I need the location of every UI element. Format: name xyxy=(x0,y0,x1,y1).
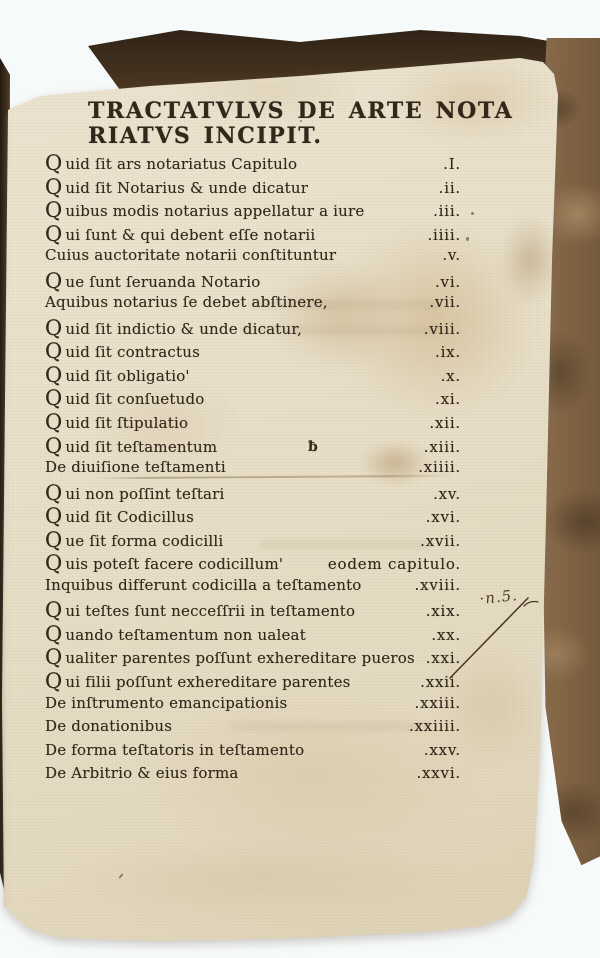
toc-entry: Quid ſit indictio & unde dicatur, .viii. xyxy=(45,317,461,341)
ink-speck xyxy=(471,212,474,215)
toc-entry-ref: .vii. xyxy=(421,293,461,311)
toc-entry: Quid ſit Codicillus .xvi. xyxy=(45,505,461,529)
toc-entry-ref: .xvii. xyxy=(412,532,461,550)
swash-initial: Q xyxy=(45,175,62,199)
toc-entry-text: Quid ſit conſuetudo xyxy=(45,387,205,408)
toc-entry-ref: .iii. xyxy=(425,202,461,220)
toc-entry-text: Cuius auctoritate notarii conſtituntur xyxy=(45,246,336,264)
toc-entry: De diuiſione teſtamenti .xiiii. xyxy=(45,458,461,482)
toc-entry: Qui non poſſint teſtari .xv. xyxy=(45,482,461,506)
swash-initial: Q xyxy=(45,151,62,175)
page-title-line2: RIATVS INCIPIT. xyxy=(88,123,323,149)
swash-initial: Q xyxy=(45,363,62,387)
toc-entry-ref: .v. xyxy=(434,246,461,264)
marginalia-text: ·n.5. xyxy=(479,586,519,608)
toc-entry-text: Aquibus notarius ſe debet abſtinere, xyxy=(45,293,328,311)
toc-entry-text: Qui teſtes ſunt necceſſrii in teſtamento xyxy=(45,599,355,620)
toc-entry-text: De forma teſtatoris in teſtamento xyxy=(45,741,304,759)
toc-entry-text: Qualiter parentes poſſunt exhereditare p… xyxy=(45,646,415,667)
toc-entry-ref: .iiii. xyxy=(419,226,461,244)
toc-entry-ref: .I. xyxy=(435,155,461,173)
toc-entry: Quid ſit ſtipulatio .xii. xyxy=(45,411,461,435)
toc-entry-text: Quis poteſt facere codicillum' xyxy=(45,552,283,573)
toc-entry: De forma teſtatoris in teſtamento .xxv. xyxy=(45,741,461,765)
toc-entry-text: Que ſit forma codicilli xyxy=(45,529,223,550)
pen-stroke xyxy=(450,598,528,678)
toc-entry: Quid ſit Notarius & unde dicatur .ii. xyxy=(45,176,461,200)
toc-entry-text: Quid ſit Codicillus xyxy=(45,505,194,526)
toc-entry-ref: .xi. xyxy=(427,390,461,408)
toc-entry: De inſtrumento emancipationis .xxiii. xyxy=(45,694,461,718)
swash-initial: Q xyxy=(45,269,62,293)
swash-initial: Q xyxy=(45,504,62,528)
swash-initial: Q xyxy=(45,434,62,458)
paper-fiber xyxy=(118,873,123,879)
toc-entry: Quid ſit contractus .ix. xyxy=(45,340,461,364)
toc-entry: Quid ſit conſuetudo .xi. xyxy=(45,387,461,411)
book-page: ƀ TRACTATVLVS DE ARTE NOTARIATVS INCIPIT… xyxy=(0,0,600,958)
toc-entry-text: Qui filii poſſunt exhereditare parentes xyxy=(45,670,351,691)
toc-entry: Qui teſtes ſunt necceſſrii in teſtamento… xyxy=(45,599,461,623)
toc-entry-ref: .xxv. xyxy=(416,741,461,759)
stain-blob xyxy=(60,840,460,920)
swash-initial: Q xyxy=(45,551,62,575)
toc-entry-text: Que ſunt ſeruanda Notario xyxy=(45,270,261,291)
toc-entry-ref: .xxiiii. xyxy=(401,717,461,735)
stain-blob xyxy=(500,215,560,305)
toc-entry: Qui ſunt & qui debent eſſe notarii .iiii… xyxy=(45,223,461,247)
toc-entry: Que ſunt ſeruanda Notario .vi. xyxy=(45,270,461,294)
toc-entry-text: Inquibus differunt codicilla a teſtament… xyxy=(45,576,362,594)
marginalia-inscription: ·n.5. xyxy=(428,552,578,702)
toc-entry: Aquibus notarius ſe debet abſtinere, .vi… xyxy=(45,293,461,317)
swash-initial: Q xyxy=(45,222,62,246)
toc-entry-ref: .xiiii. xyxy=(410,458,461,476)
swash-initial: Q xyxy=(45,410,62,434)
toc-entry-text: De Arbitrio & eius forma xyxy=(45,764,239,782)
toc-entry-text: Qui non poſſint teſtari xyxy=(45,482,225,503)
toc-entry-text: De diuiſione teſtamenti xyxy=(45,458,226,476)
toc-entry-text: Quando teſtamentum non ualeat xyxy=(45,623,306,644)
swash-initial: Q xyxy=(45,645,62,669)
pen-stroke-flick xyxy=(524,602,538,607)
toc-entry: Qui filii poſſunt exhereditare parentes … xyxy=(45,670,461,694)
toc-entry-text: Quid ſit indictio & unde dicatur, xyxy=(45,317,302,338)
toc-entry-ref: .xv. xyxy=(425,485,461,503)
toc-entry: Que ſit forma codicilli .xvii. xyxy=(45,529,461,553)
swash-initial: Q xyxy=(45,528,62,552)
toc-entry: Quid ſit obligatio' .x. xyxy=(45,364,461,388)
toc-entry: Cuius auctoritate notarii conſtituntur .… xyxy=(45,246,461,270)
toc-entry: De Arbitrio & eius forma .xxvi. xyxy=(45,764,461,788)
toc-entry-text: Quid ſit ars notariatus Capitulo xyxy=(45,152,297,173)
toc-entry-text: De donationibus xyxy=(45,717,172,735)
ink-speck xyxy=(466,237,469,241)
swash-initial: Q xyxy=(45,481,62,505)
toc-entry-ref: .x. xyxy=(433,367,461,385)
toc-entry-ref: .vi. xyxy=(427,273,461,291)
toc-entry-ref: .ix. xyxy=(427,343,461,361)
toc-entry-ref: .xii. xyxy=(421,414,461,432)
swash-initial: Q xyxy=(45,386,62,410)
toc-entry-text: Quid ſit contractus xyxy=(45,340,200,361)
swash-initial: Q xyxy=(45,339,62,363)
toc-entry-ref: .ii. xyxy=(431,179,461,197)
toc-entry-text: Quid ſit teſtamentum xyxy=(45,435,217,456)
toc-entry-ref: .xiii. xyxy=(416,438,461,456)
swash-initial: Q xyxy=(45,598,62,622)
toc-entry-ref: .xvi. xyxy=(418,508,461,526)
toc-entry-text: De inſtrumento emancipationis xyxy=(45,694,287,712)
toc-entry: Quid ſit ars notariatus Capitulo .I. xyxy=(45,152,461,176)
toc-entry-text: Quid ſit ſtipulatio xyxy=(45,411,188,432)
page-title-line1: TRACTATVLVS DE ARTE NOTA xyxy=(88,98,513,124)
toc-entry-text: Quibus modis notarius appellatur a iure xyxy=(45,199,365,220)
page-wrapper: ƀ TRACTATVLVS DE ARTE NOTARIATVS INCIPIT… xyxy=(0,0,600,958)
swash-initial: Q xyxy=(45,198,62,222)
toc-entry: Quid ſit teſtamentum .xiii. xyxy=(45,435,461,459)
photograph-background: ƀ TRACTATVLVS DE ARTE NOTARIATVS INCIPIT… xyxy=(0,0,600,958)
page-title: TRACTATVLVS DE ARTE NOTARIATVS INCIPIT. xyxy=(88,99,513,149)
toc-entry-ref: .xxvi. xyxy=(408,764,461,782)
toc-entry: Inquibus differunt codicilla a teſtament… xyxy=(45,576,461,600)
toc-entry-text: Qui ſunt & qui debent eſſe notarii xyxy=(45,223,315,244)
table-of-contents: Quid ſit ars notariatus Capitulo .I. Qui… xyxy=(45,152,461,788)
swash-initial: Q xyxy=(45,316,62,340)
swash-initial: Q xyxy=(45,669,62,693)
swash-initial: Q xyxy=(45,622,62,646)
toc-entry: Quando teſtamentum non ualeat .xx. xyxy=(45,623,461,647)
toc-entry: Qualiter parentes poſſunt exhereditare p… xyxy=(45,646,461,670)
toc-entry-ref: .viii. xyxy=(416,320,461,338)
toc-entry: Quibus modis notarius appellatur a iure … xyxy=(45,199,461,223)
toc-entry: De donationibus .xxiiii. xyxy=(45,717,461,741)
toc-entry: Quis poteſt facere codicillum' eodem cap… xyxy=(45,552,461,576)
toc-entry-text: Quid ſit Notarius & unde dicatur xyxy=(45,176,308,197)
toc-entry-text: Quid ſit obligatio' xyxy=(45,364,190,385)
